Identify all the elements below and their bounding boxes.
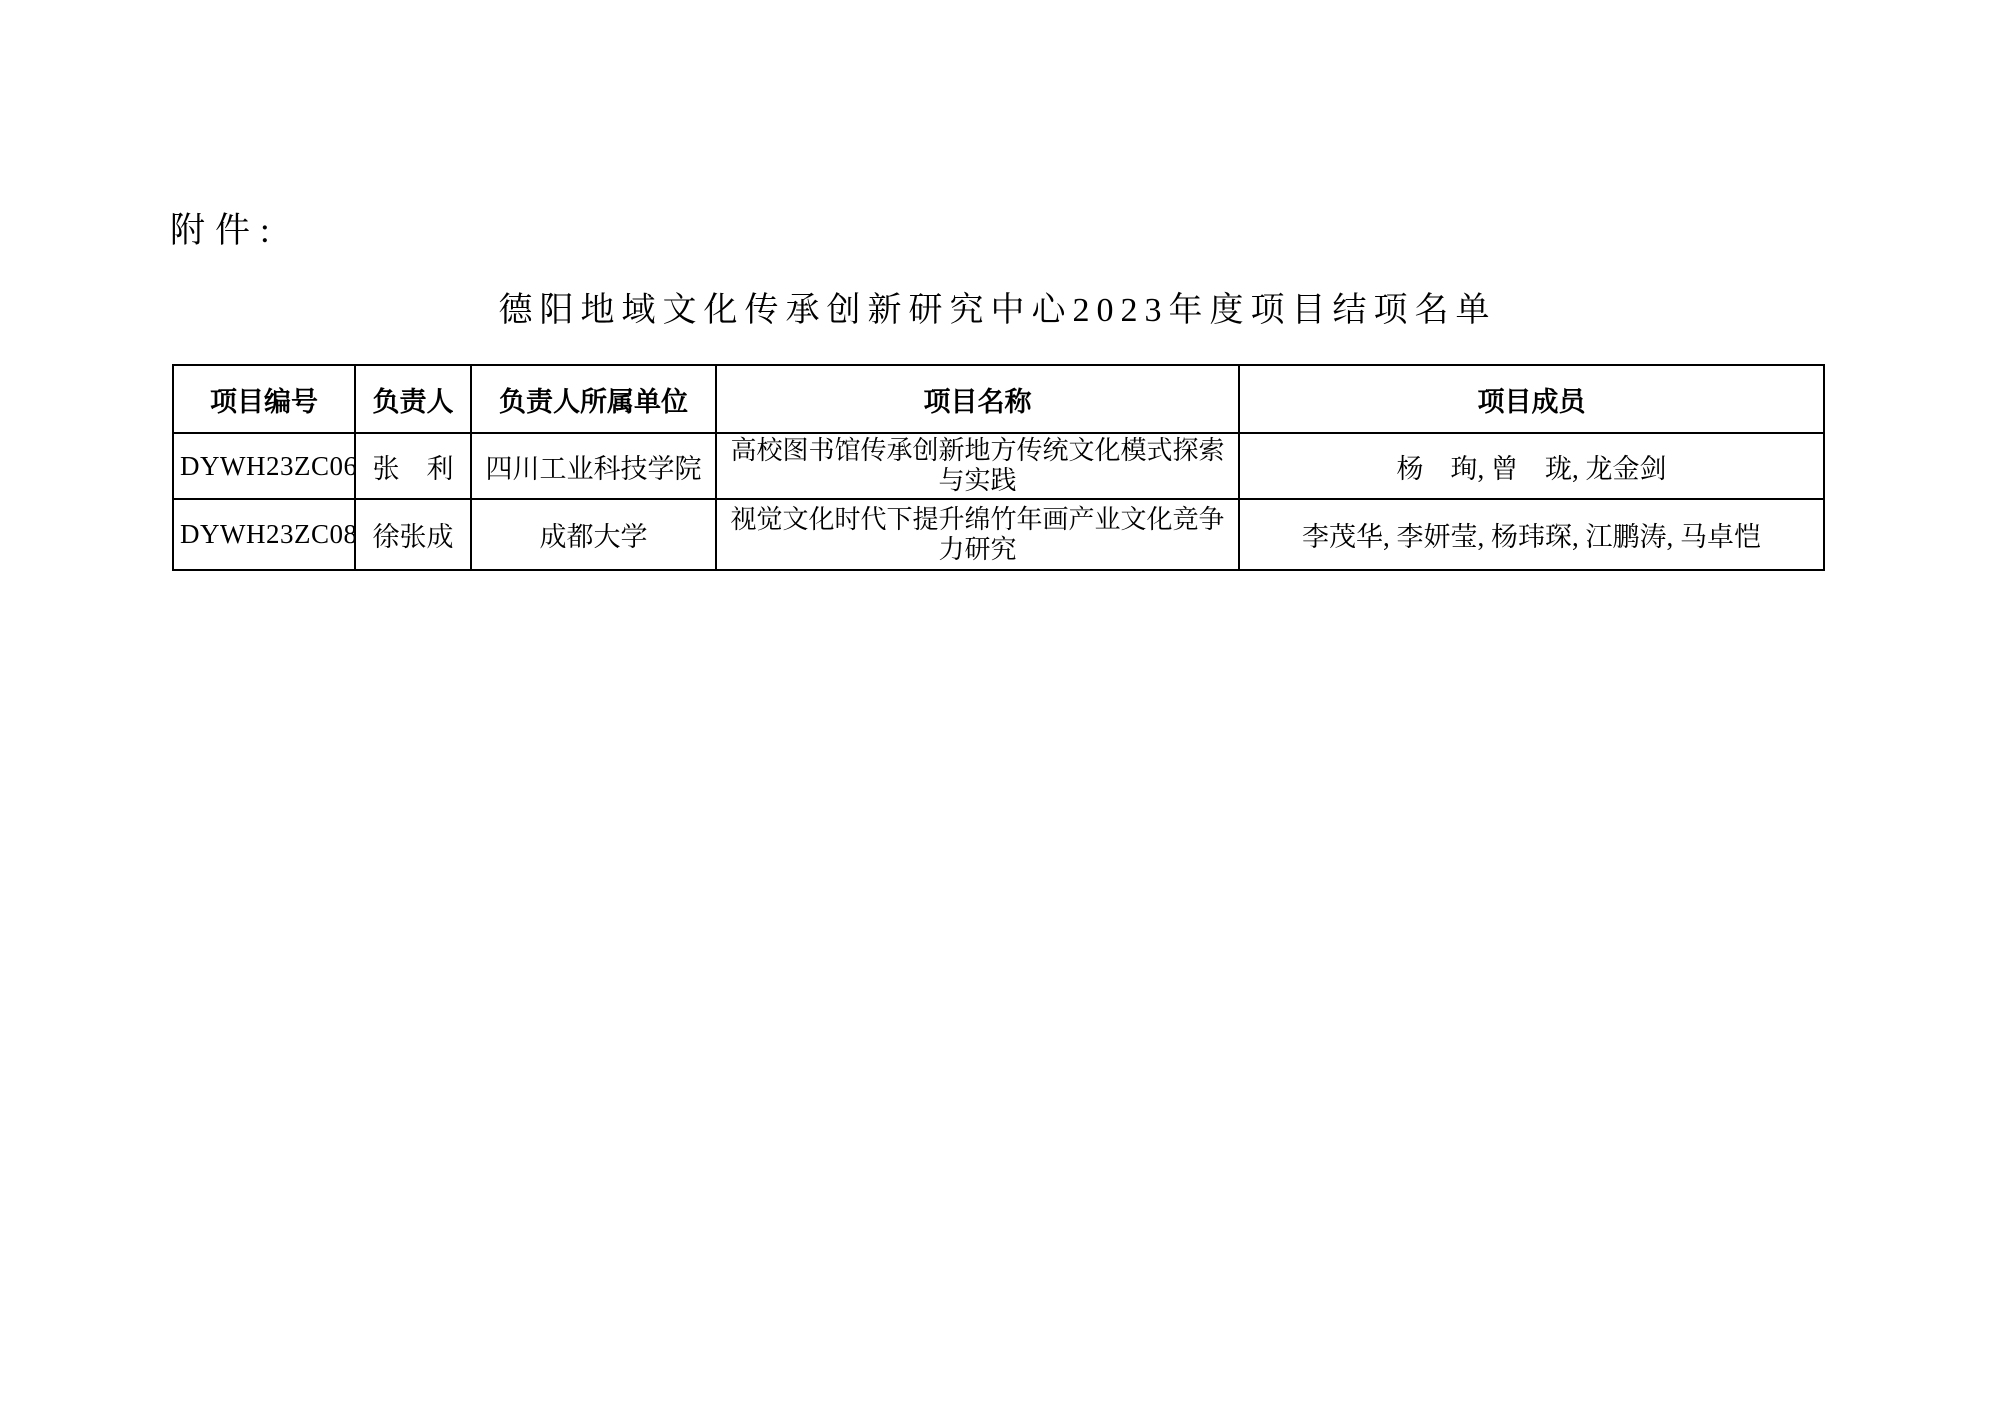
header-members: 项目成员 (1239, 365, 1824, 433)
header-leader-unit: 负责人所属单位 (471, 365, 716, 433)
cell-project-name: 视觉文化时代下提升绵竹年画产业文化竞争力研究 (716, 499, 1239, 570)
table-row: DYWH23ZC08 徐张成 成都大学 视觉文化时代下提升绵竹年画产业文化竞争力… (173, 499, 1824, 570)
cell-project-id: DYWH23ZC06 (173, 433, 355, 499)
header-project-name: 项目名称 (716, 365, 1239, 433)
cell-leader-unit: 四川工业科技学院 (471, 433, 716, 499)
cell-members: 李茂华, 李妍莹, 杨玮琛, 江鹏涛, 马卓恺 (1239, 499, 1824, 570)
cell-project-name: 高校图书馆传承创新地方传统文化模式探索与实践 (716, 433, 1239, 499)
cell-leader: 徐张成 (355, 499, 471, 570)
attachment-label: 附件: (170, 208, 280, 254)
table-row: DYWH23ZC06 张 利 四川工业科技学院 高校图书馆传承创新地方传统文化模… (173, 433, 1824, 499)
projects-table: 项目编号 负责人 负责人所属单位 项目名称 项目成员 DYWH23ZC06 张 … (172, 364, 1825, 571)
cell-members: 杨 珣, 曾 珑, 龙金剑 (1239, 433, 1824, 499)
table-header-row: 项目编号 负责人 负责人所属单位 项目名称 项目成员 (173, 365, 1824, 433)
cell-leader: 张 利 (355, 433, 471, 499)
document-title: 德阳地域文化传承创新研究中心2023年度项目结项名单 (0, 287, 1995, 335)
cell-leader-unit: 成都大学 (471, 499, 716, 570)
document-page: 附件: 德阳地域文化传承创新研究中心2023年度项目结项名单 项目编号 负责人 … (0, 0, 1995, 1411)
header-leader: 负责人 (355, 365, 471, 433)
cell-project-id: DYWH23ZC08 (173, 499, 355, 570)
header-project-id: 项目编号 (173, 365, 355, 433)
